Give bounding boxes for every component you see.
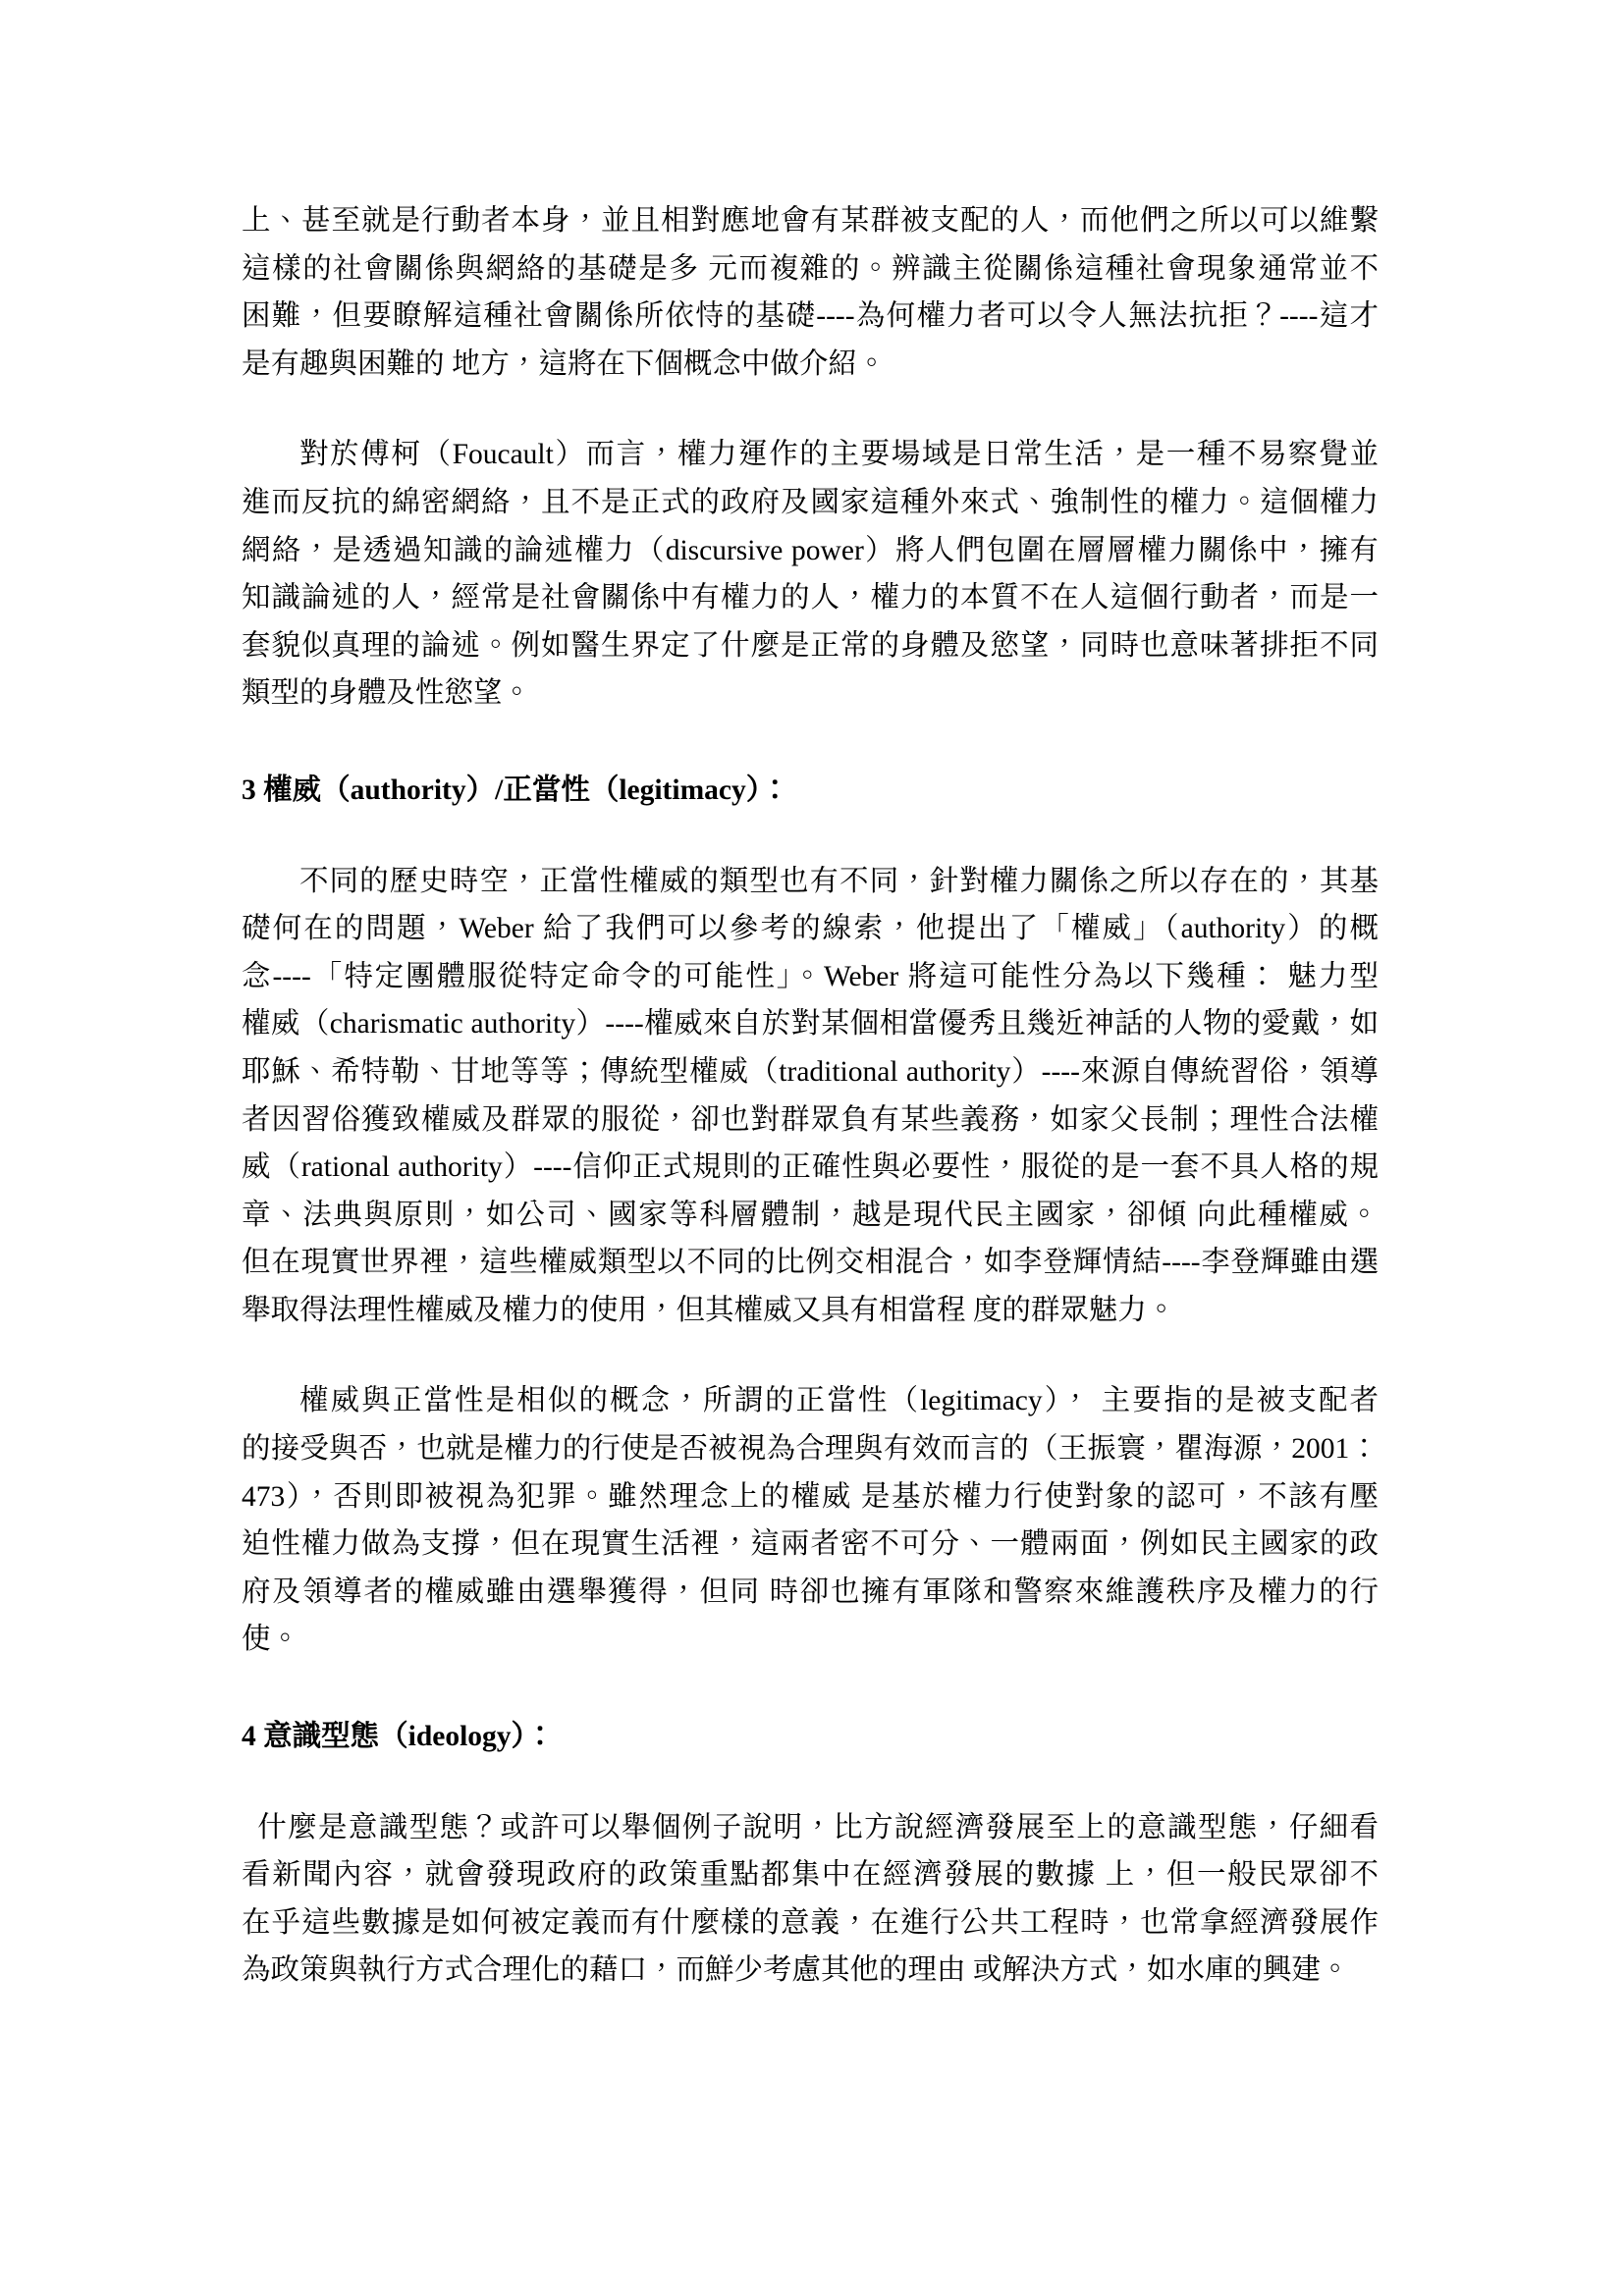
text-line: 類型的身體及性慾望。 [242, 669, 1379, 718]
text-line: 威（rational authority）----信仰正式規則的正確性與必要性，… [242, 1144, 1379, 1192]
paragraph: 什麼是意識型態？或許可以舉個例子說明，比方說經濟發展至上的意識型態，仔細看看新聞… [242, 1804, 1379, 1995]
paragraph: 權威與正當性是相似的概念，所謂的正當性（legitimacy）， 主要指的是被支… [242, 1377, 1379, 1664]
text-line: 473），否則即被視為犯罪。雖然理念上的權威 是基於權力行使對象的認可，不該有壓 [242, 1473, 1379, 1522]
text-line: 網絡，是透過知識的論述權力（discursive power）將人們包圍在層層權… [242, 527, 1379, 575]
paragraph: 不同的歷史時空，正當性權威的類型也有不同，針對權力關係之所以存在的，其基礎何在的… [242, 858, 1379, 1335]
text-line: 權威（charismatic authority）----權威來自於對某個相當優… [242, 1000, 1379, 1048]
text-line: 不同的歷史時空，正當性權威的類型也有不同，針對權力關係之所以存在的，其基 [242, 858, 1379, 906]
text-line: 權威與正當性是相似的概念，所謂的正當性（legitimacy）， 主要指的是被支… [242, 1377, 1379, 1425]
text-line: 套貌似真理的論述。例如醫生界定了什麼是正常的身體及慾望，同時也意味著排拒不同 [242, 622, 1379, 670]
section-heading: 3 權威（authority）/正當性（legitimacy）： [242, 761, 1379, 815]
text-line: 這樣的社會關係與網絡的基礎是多 元而複雜的。辨識主從關係這種社會現象通常並不 [242, 245, 1379, 294]
text-line: 什麼是意識型態？或許可以舉個例子說明，比方說經濟發展至上的意識型態，仔細看 [242, 1804, 1379, 1852]
text-line: 困難，但要瞭解這種社會關係所依恃的基礎----為何權力者可以令人無法抗拒？---… [242, 293, 1379, 341]
text-line: 為政策與執行方式合理化的藉口，而鮮少考慮其他的理由 或解決方式，如水庫的興建。 [242, 1947, 1379, 1995]
text-line: 使。 [242, 1616, 1379, 1664]
text-line: 舉取得法理性權威及權力的使用，但其權威又具有相當程 度的群眾魅力。 [242, 1287, 1379, 1335]
paragraph: 對於傅柯（Foucault）而言，權力運作的主要場域是日常生活，是一種不易察覺並… [242, 431, 1379, 718]
text-line: 礎何在的問題，Weber 給了我們可以參考的線索，他提出了「權威」（author… [242, 905, 1379, 953]
text-line: 對於傅柯（Foucault）而言，權力運作的主要場域是日常生活，是一種不易察覺並 [242, 431, 1379, 479]
text-line: 迫性權力做為支撐，但在現實生活裡，這兩者密不可分、一體兩面，例如民主國家的政 [242, 1521, 1379, 1569]
text-line: 府及領導者的權威雖由選舉獲得，但同 時卻也擁有軍隊和警察來維護秩序及權力的行 [242, 1569, 1379, 1617]
document-body: 上、甚至就是行動者本身，並且相對應地會有某群被支配的人，而他們之所以可以維繫這樣… [242, 197, 1379, 2038]
document-page: 上、甚至就是行動者本身，並且相對應地會有某群被支配的人，而他們之所以可以維繫這樣… [0, 0, 1624, 2296]
text-line: 知識論述的人，經常是社會關係中有權力的人，權力的本質不在人這個行動者，而是一 [242, 574, 1379, 622]
text-line: 看新聞內容，就會發現政府的政策重點都集中在經濟發展的數據 上，但一般民眾卻不 [242, 1851, 1379, 1899]
text-line: 進而反抗的綿密網絡，且不是正式的政府及國家這種外來式、強制性的權力。這個權力 [242, 479, 1379, 527]
text-line: 上、甚至就是行動者本身，並且相對應地會有某群被支配的人，而他們之所以可以維繫 [242, 197, 1379, 245]
section-heading: 4 意識型態（ideology）： [242, 1707, 1379, 1761]
text-line: 念----「特定團體服從特定命令的可能性」。Weber 將這可能性分為以下幾種：… [242, 953, 1379, 1001]
text-line: 是有趣與困難的 地方，這將在下個概念中做介紹。 [242, 341, 1379, 389]
text-line: 者因習俗獲致權威及群眾的服從，卻也對群眾負有某些義務，如家父長制；理性合法權 [242, 1096, 1379, 1145]
text-line: 在乎這些數據是如何被定義而有什麼樣的意義，在進行公共工程時，也常拿經濟發展作 [242, 1899, 1379, 1948]
paragraph: 上、甚至就是行動者本身，並且相對應地會有某群被支配的人，而他們之所以可以維繫這樣… [242, 197, 1379, 388]
text-line: 的接受與否，也就是權力的行使是否被視為合理與有效而言的（王振寰，瞿海源，2001… [242, 1425, 1379, 1473]
text-line: 但在現實世界裡，這些權威類型以不同的比例交相混合，如李登輝情結----李登輝雖由… [242, 1239, 1379, 1287]
text-line: 章、法典與原則，如公司、國家等科層體制，越是現代民主國家，卻傾 向此種權威。 [242, 1192, 1379, 1240]
text-line: 耶穌、希特勒、甘地等等；傳統型權威（traditional authority）… [242, 1048, 1379, 1096]
